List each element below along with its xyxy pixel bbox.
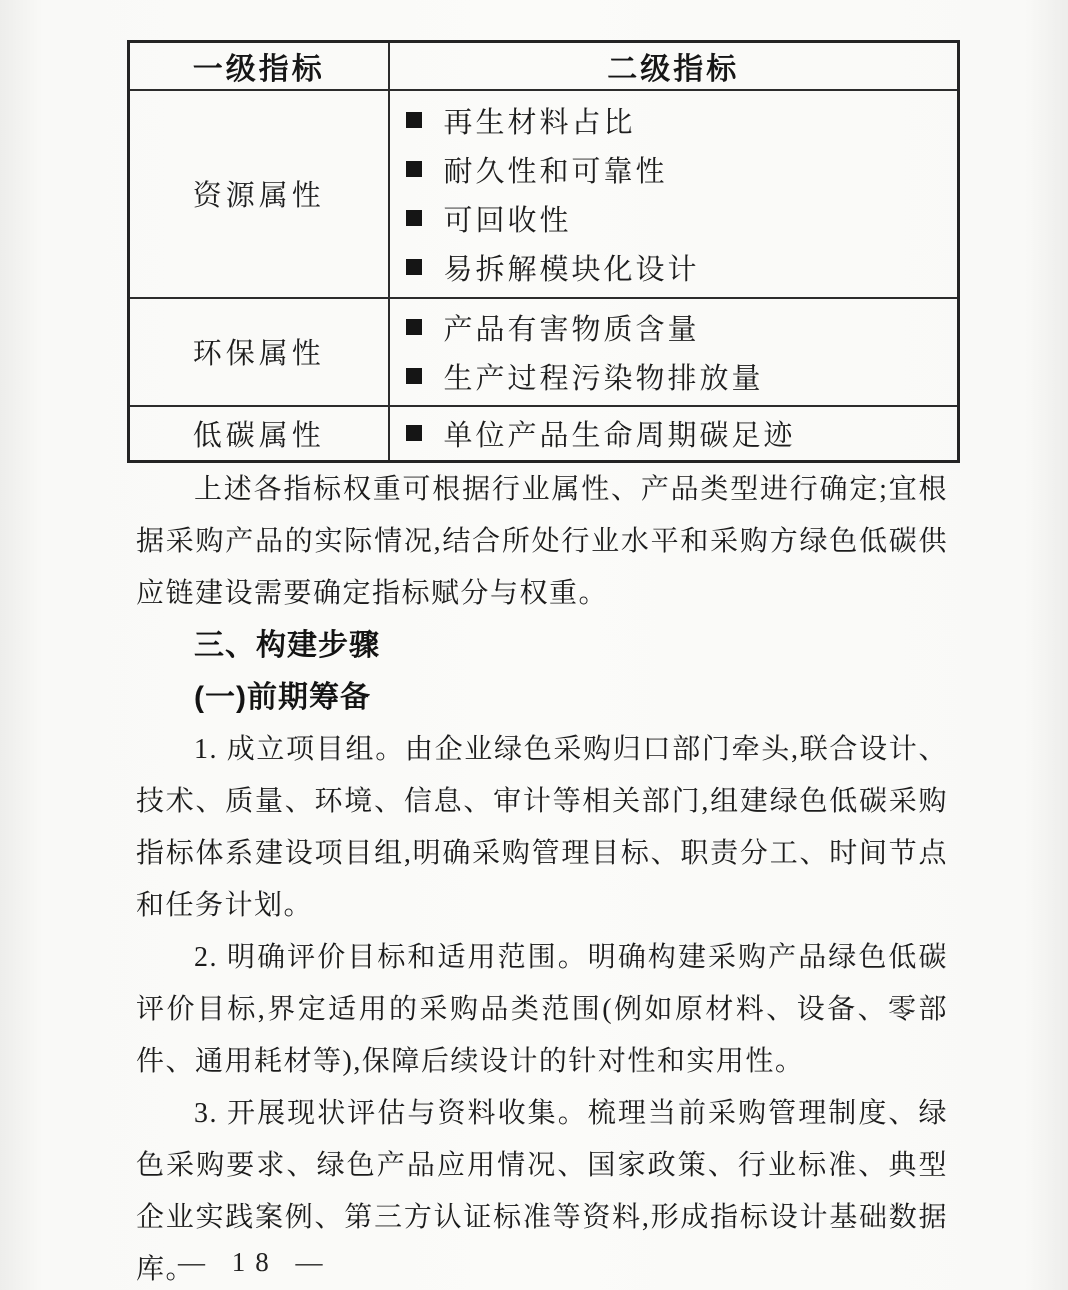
- paragraph-step-2: 2. 明确评价目标和适用范围。明确构建采购产品绿色低碳评价目标,界定适用的采购品…: [136, 932, 948, 1088]
- table-row-resource: 资源属性 再生材料占比 耐久性和可靠性 可回收性: [129, 90, 959, 298]
- paragraph-weights-intro: 上述各指标权重可根据行业属性、产品类型进行确定;宜根据采购产品的实际情况,结合所…: [136, 464, 948, 620]
- level1-cell: 低碳属性: [129, 406, 389, 462]
- document-body: 上述各指标权重可根据行业属性、产品类型进行确定;宜根据采购产品的实际情况,结合所…: [136, 464, 948, 1290]
- subsection-heading-preparation: (一)前期筹备: [136, 672, 948, 724]
- bullet-square-icon: [406, 161, 422, 177]
- list-item: 耐久性和可靠性: [402, 145, 952, 194]
- paragraph-step-1: 1. 成立项目组。由企业绿色采购归口部门牵头,联合设计、技术、质量、环境、信息、…: [136, 724, 948, 932]
- page-number: — 18 —: [178, 1240, 333, 1284]
- level1-cell: 资源属性: [129, 90, 389, 298]
- list-item-label: 耐久性和可靠性: [444, 149, 668, 190]
- table-header-row: 一级指标 二级指标: [129, 42, 959, 90]
- table-row-environment: 环保属性 产品有害物质含量 生产过程污染物排放量: [129, 298, 959, 406]
- table-header-level1: 一级指标: [129, 42, 389, 90]
- list-item-label: 产品有害物质含量: [444, 307, 700, 348]
- list-item-label: 再生材料占比: [444, 100, 636, 141]
- table-header-level2: 二级指标: [389, 42, 959, 90]
- list-item: 易拆解模块化设计: [402, 243, 952, 292]
- list-item: 再生材料占比: [402, 96, 952, 145]
- level2-cell: 产品有害物质含量 生产过程污染物排放量: [389, 298, 959, 406]
- table-row-lowcarbon: 低碳属性 单位产品生命周期碳足迹: [129, 406, 959, 462]
- bullet-square-icon: [406, 259, 422, 275]
- list-item-label: 生产过程污染物排放量: [444, 356, 764, 397]
- list-item-label: 单位产品生命周期碳足迹: [444, 413, 796, 454]
- document-page: 一级指标 二级指标 资源属性 再生材料占比 耐久性和可靠性: [0, 0, 1068, 1290]
- list-item-label: 易拆解模块化设计: [444, 247, 700, 288]
- list-item-label: 可回收性: [444, 198, 572, 239]
- bullet-square-icon: [406, 319, 422, 335]
- section-heading-construction-steps: 三、构建步骤: [136, 620, 948, 672]
- indicator-table: 一级指标 二级指标 资源属性 再生材料占比 耐久性和可靠性: [127, 40, 960, 463]
- list-item: 单位产品生命周期碳足迹: [402, 411, 952, 456]
- level1-cell: 环保属性: [129, 298, 389, 406]
- bullet-square-icon: [406, 425, 422, 441]
- bullet-square-icon: [406, 210, 422, 226]
- list-item: 生产过程污染物排放量: [402, 352, 952, 401]
- bullet-square-icon: [406, 368, 422, 384]
- level2-cell: 单位产品生命周期碳足迹: [389, 406, 959, 462]
- level2-cell: 再生材料占比 耐久性和可靠性 可回收性 易拆解模块化设计: [389, 90, 959, 298]
- bullet-square-icon: [406, 112, 422, 128]
- list-item: 产品有害物质含量: [402, 303, 952, 352]
- list-item: 可回收性: [402, 194, 952, 243]
